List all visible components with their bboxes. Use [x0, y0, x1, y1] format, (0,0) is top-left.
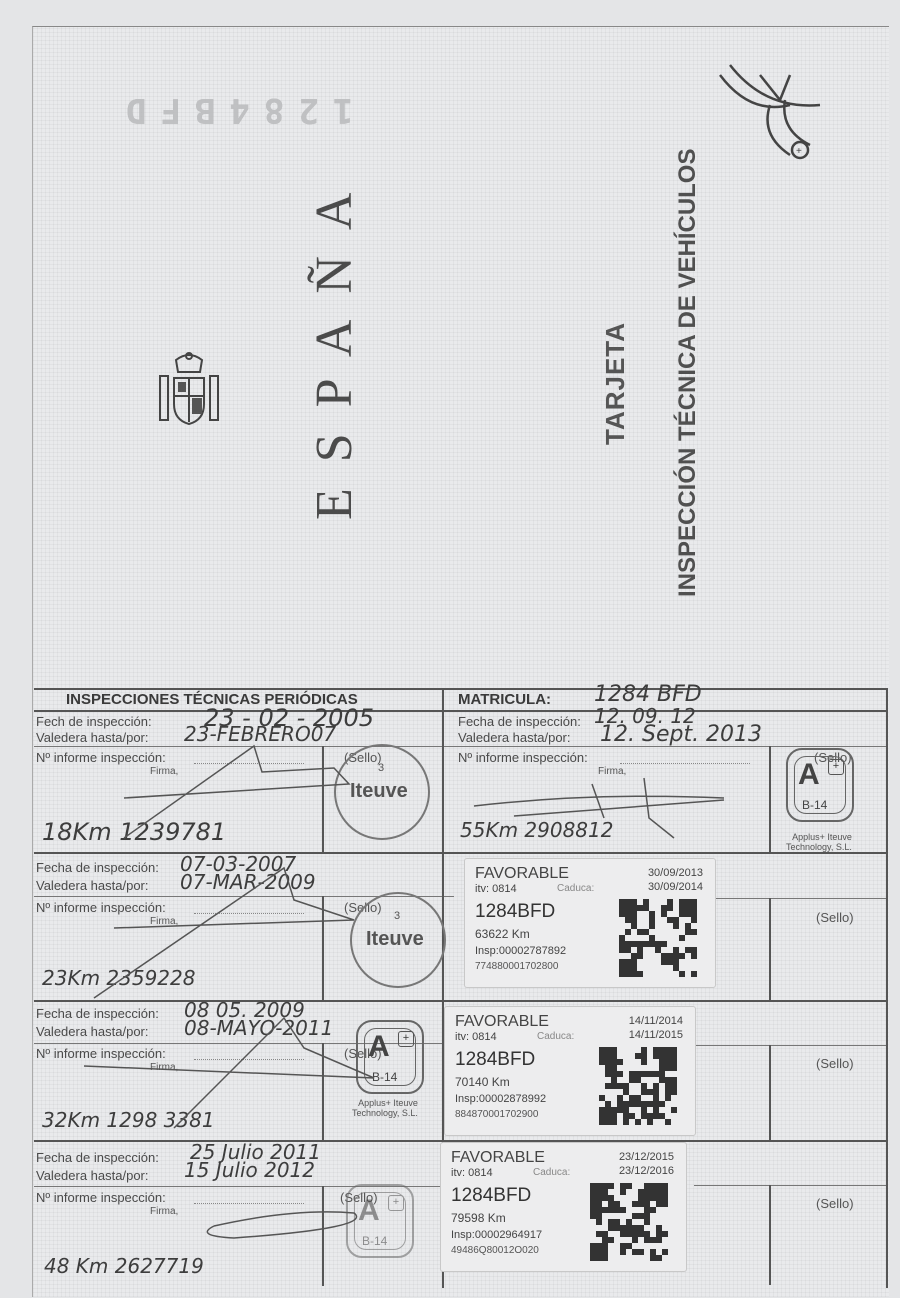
- spain-coat-of-arms-icon: [152, 350, 226, 432]
- qr-code-icon: [619, 899, 697, 977]
- km-report-number: 18Km 1239781: [42, 818, 226, 846]
- applus-a-stamp: A+B-14: [346, 1184, 414, 1258]
- km-report-number: 55Km 2908812: [460, 818, 613, 842]
- valid-until: 23-FEBRERO07: [184, 722, 336, 746]
- itv-stamp-icon: +: [700, 45, 860, 175]
- itv-sticker: FAVORABLE itv: 0814 Caduca: 14/11/2014 1…: [444, 1006, 696, 1136]
- seal-placeholder: (Sello): [816, 1056, 854, 1071]
- km-report-number: 23Km 2359228: [42, 966, 195, 990]
- inspections-table: INSPECCIONES TÉCNICAS PERIÓDICAS MATRICU…: [34, 688, 888, 1288]
- perforated-plate-number: 1284BFD: [112, 90, 353, 130]
- seal-placeholder: (Sello): [816, 1196, 854, 1211]
- svg-text:+: +: [796, 146, 802, 157]
- valid-until: 12. Sept. 2013: [600, 722, 762, 747]
- km-report-number: 32Km 1298 3381: [42, 1108, 215, 1132]
- valid-until: 08-MAYO-2011: [184, 1016, 333, 1040]
- itv-sticker: FAVORABLE itv: 0814 Caduca: 30/09/2013 3…: [464, 858, 716, 988]
- km-report-number: 48 Km 2627719: [44, 1254, 204, 1278]
- valid-until: 07-MAR-2009: [180, 870, 316, 894]
- seal-placeholder: (Sello): [816, 910, 854, 925]
- iteuve-stamp: 3 Iteuve: [350, 892, 446, 988]
- itv-sticker: FAVORABLE itv: 0814 Caduca: 23/12/2015 2…: [440, 1142, 687, 1272]
- iteuve-stamp: 3 Iteuve: [334, 744, 430, 840]
- card-title: TARJETA: [600, 322, 631, 445]
- valid-until: 15 Julio 2012: [184, 1158, 315, 1182]
- country-name: ESPAÑA: [305, 167, 364, 521]
- plate-label: MATRICULA:: [458, 691, 551, 708]
- qr-code-icon: [590, 1183, 668, 1261]
- card-subtitle: INSPECCIÓN TÉCNICA DE VEHÍCULOS: [674, 149, 702, 598]
- applus-a-stamp: A+B-14: [356, 1020, 424, 1094]
- qr-code-icon: [599, 1047, 677, 1125]
- applus-a-stamp: A+B-14: [786, 748, 854, 822]
